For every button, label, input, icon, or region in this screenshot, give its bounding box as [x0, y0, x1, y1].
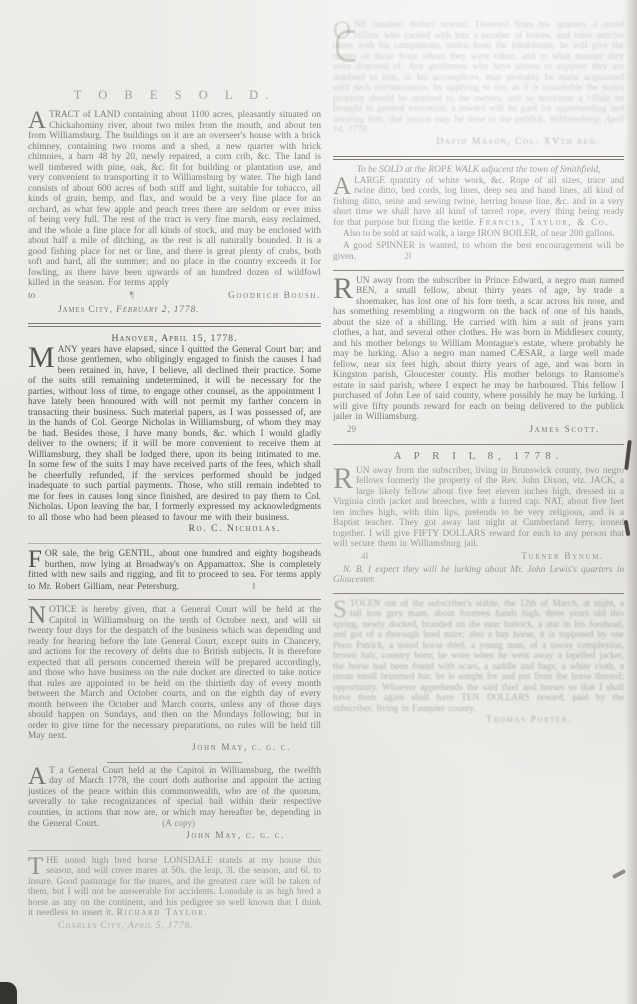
dropcap: R	[333, 276, 356, 301]
section-divider	[333, 444, 624, 445]
dateline: James City, February 2, 1778.	[58, 303, 321, 316]
dropcap: M	[28, 345, 58, 370]
page-edge-shadow	[625, 0, 637, 1004]
dropcap: A	[333, 176, 354, 197]
signature-line: Ro. C. Nicholas.	[28, 523, 321, 536]
signature: David Mason, Col. XVth reg.	[436, 136, 600, 149]
dropcap: T	[28, 856, 46, 877]
faded-dropcap-ghost	[336, 30, 355, 62]
signature: Thomas Porter.	[486, 714, 572, 727]
dropcap: A	[28, 110, 49, 131]
dateline-place: James City,	[58, 304, 113, 315]
ad-faded-reward: ONE hundred dollars reward. Deserted fro…	[333, 20, 624, 149]
note-text: A good SPINNER is wanted, to whom the be…	[333, 241, 624, 263]
pilcrow-mark: ¶	[130, 289, 134, 302]
ink-smudge	[612, 869, 626, 879]
signature-line: 29 James Scott.	[333, 423, 624, 437]
signature: Francis, Taylor, & Co.	[479, 218, 609, 228]
ad-body-paragraph: RUN away from the subscriber, living in …	[333, 466, 624, 550]
ad-tract-of-land: ATRACT of LAND containing about 1100 acr…	[28, 110, 321, 316]
dropcap: S	[333, 599, 350, 620]
printer-mark: 2‖	[404, 251, 411, 261]
signature: James Scott.	[529, 424, 600, 437]
signature: John May, c. g. c.	[192, 742, 291, 755]
ad-nicholas-notice: Hanover, April 15, 1778. MANY years have…	[28, 332, 321, 537]
ad-text: OTICE is hereby given, that a General Co…	[28, 605, 321, 741]
nota-bene: N. B. I expect they will be lurking abou…	[333, 565, 624, 586]
ad-horse-lonsdale: THE noted high bred horse LONSDALE stand…	[28, 856, 321, 932]
section-divider	[28, 850, 321, 851]
ad-body-paragraph: AT a General Court held at the Capitol i…	[28, 766, 321, 830]
signature: Turner Bynum.	[521, 551, 604, 564]
dropcap: F	[28, 549, 45, 570]
dateline-date: April 5, 1778.	[125, 920, 193, 931]
ad-text: TRACT of LAND containing about 1100 acre…	[28, 110, 321, 288]
signature-line: John May, c. g. c.	[28, 742, 321, 755]
section-divider-short	[107, 762, 242, 763]
right-column: ONE hundred dollars reward. Deserted fro…	[333, 20, 624, 734]
dropcap: N	[28, 605, 49, 626]
left-column: T O B E S O L D. ATRACT of LAND containi…	[28, 88, 321, 939]
ad-note: A good SPINNER is wanted, to whom the be…	[333, 241, 624, 263]
ad-body-paragraph: ALARGE quantity of white work, &c. Rope …	[333, 176, 624, 229]
ad-text: OR sale, the brig GENTIL, about one hund…	[28, 549, 321, 592]
dropcap: R	[333, 466, 356, 491]
ad-runaway-ben: RUN away from the subscriber in Prince E…	[333, 276, 624, 437]
catchword: to	[28, 290, 35, 303]
corner-ink-smudge	[0, 982, 17, 1004]
marginal-number: 4‖	[361, 550, 368, 563]
ad-court-order: AT a General Court held at the Capitol i…	[28, 766, 321, 843]
dateline-place: Charles City,	[58, 920, 125, 931]
ad-text: ANY years have elapsed, since I quitted …	[28, 345, 321, 523]
ad-stolen-mare: STOLEN out of the subscriber's stable, t…	[333, 599, 624, 728]
dateline-date: February 2, 1778.	[113, 304, 199, 315]
ad-body-paragraph: STOLEN out of the subscriber's stable, t…	[333, 599, 624, 715]
section-divider	[28, 543, 321, 544]
copy-note: (A copy)	[162, 818, 195, 828]
ad-general-court-notice: NOTICE is hereby given, that a General C…	[28, 605, 321, 755]
signature: Goodrich Boush.	[228, 290, 321, 303]
section-divider	[28, 599, 321, 600]
signature-line: to ¶ Goodrich Boush.	[28, 289, 321, 303]
marginal-number: 29	[347, 423, 356, 436]
ad-note: Also to be sold at said walk, a large IR…	[333, 229, 624, 240]
ad-runaway-jack-nat: A P R I L 8, 1778. RUN away from the sub…	[333, 450, 624, 586]
ad-body-paragraph: ONE hundred dollars reward. Deserted fro…	[333, 20, 624, 136]
ad-text: UN away from the subscriber, living in B…	[333, 466, 624, 550]
signature: John May, c. g. c.	[186, 830, 285, 843]
ad-text: UN away from the subscriber in Prince Ed…	[333, 276, 624, 423]
dateline: Charles City, April 5, 1778.	[58, 919, 321, 932]
ad-body-paragraph: MANY years have elapsed, since I quitted…	[28, 345, 321, 524]
dateline: Hanover, April 15, 1778.	[28, 332, 321, 345]
section-divider	[28, 323, 321, 327]
signature: Ro. C. Nicholas.	[189, 523, 281, 536]
ad-body-paragraph: THE noted high bred horse LONSDALE stand…	[28, 856, 321, 919]
ad-body-paragraph: ATRACT of LAND containing about 1100 acr…	[28, 110, 321, 289]
ad-body-paragraph: FOR sale, the brig GENTIL, about one hun…	[28, 549, 321, 592]
signature-line: 4‖ Turner Bynum.	[333, 550, 624, 564]
signature-line: David Mason, Col. XVth reg.	[333, 136, 624, 149]
printer-mark: ‖	[252, 581, 255, 591]
ad-rope-walk: To be SOLD at the ROPE WALK adjacent the…	[333, 165, 624, 263]
date-heading: A P R I L 8, 1778.	[333, 450, 624, 462]
signature: Richard Taylor.	[117, 908, 209, 918]
ad-brig-gentil: FOR sale, the brig GENTIL, about one hun…	[28, 549, 321, 592]
ad-intro: To be SOLD at the ROPE WALK adjacent the…	[333, 165, 624, 176]
page-title: T O B E S O L D.	[28, 88, 321, 103]
ad-text: NE hundred dollars reward. Deserted from…	[333, 20, 624, 125]
ad-body-paragraph: NOTICE is hereby given, that a General C…	[28, 605, 321, 742]
signature-line: Thomas Porter.	[333, 714, 624, 727]
section-divider	[333, 593, 624, 594]
ad-body-paragraph: RUN away from the subscriber in Prince E…	[333, 276, 624, 423]
ad-text: TOLEN out of the subscriber's stable, th…	[333, 599, 624, 714]
signature-line: John May, c. g. c.	[28, 830, 321, 843]
dropcap: A	[28, 766, 49, 787]
newspaper-page: T O B E S O L D. ATRACT of LAND containi…	[0, 0, 637, 1004]
section-divider	[333, 156, 624, 160]
section-divider	[333, 270, 624, 271]
